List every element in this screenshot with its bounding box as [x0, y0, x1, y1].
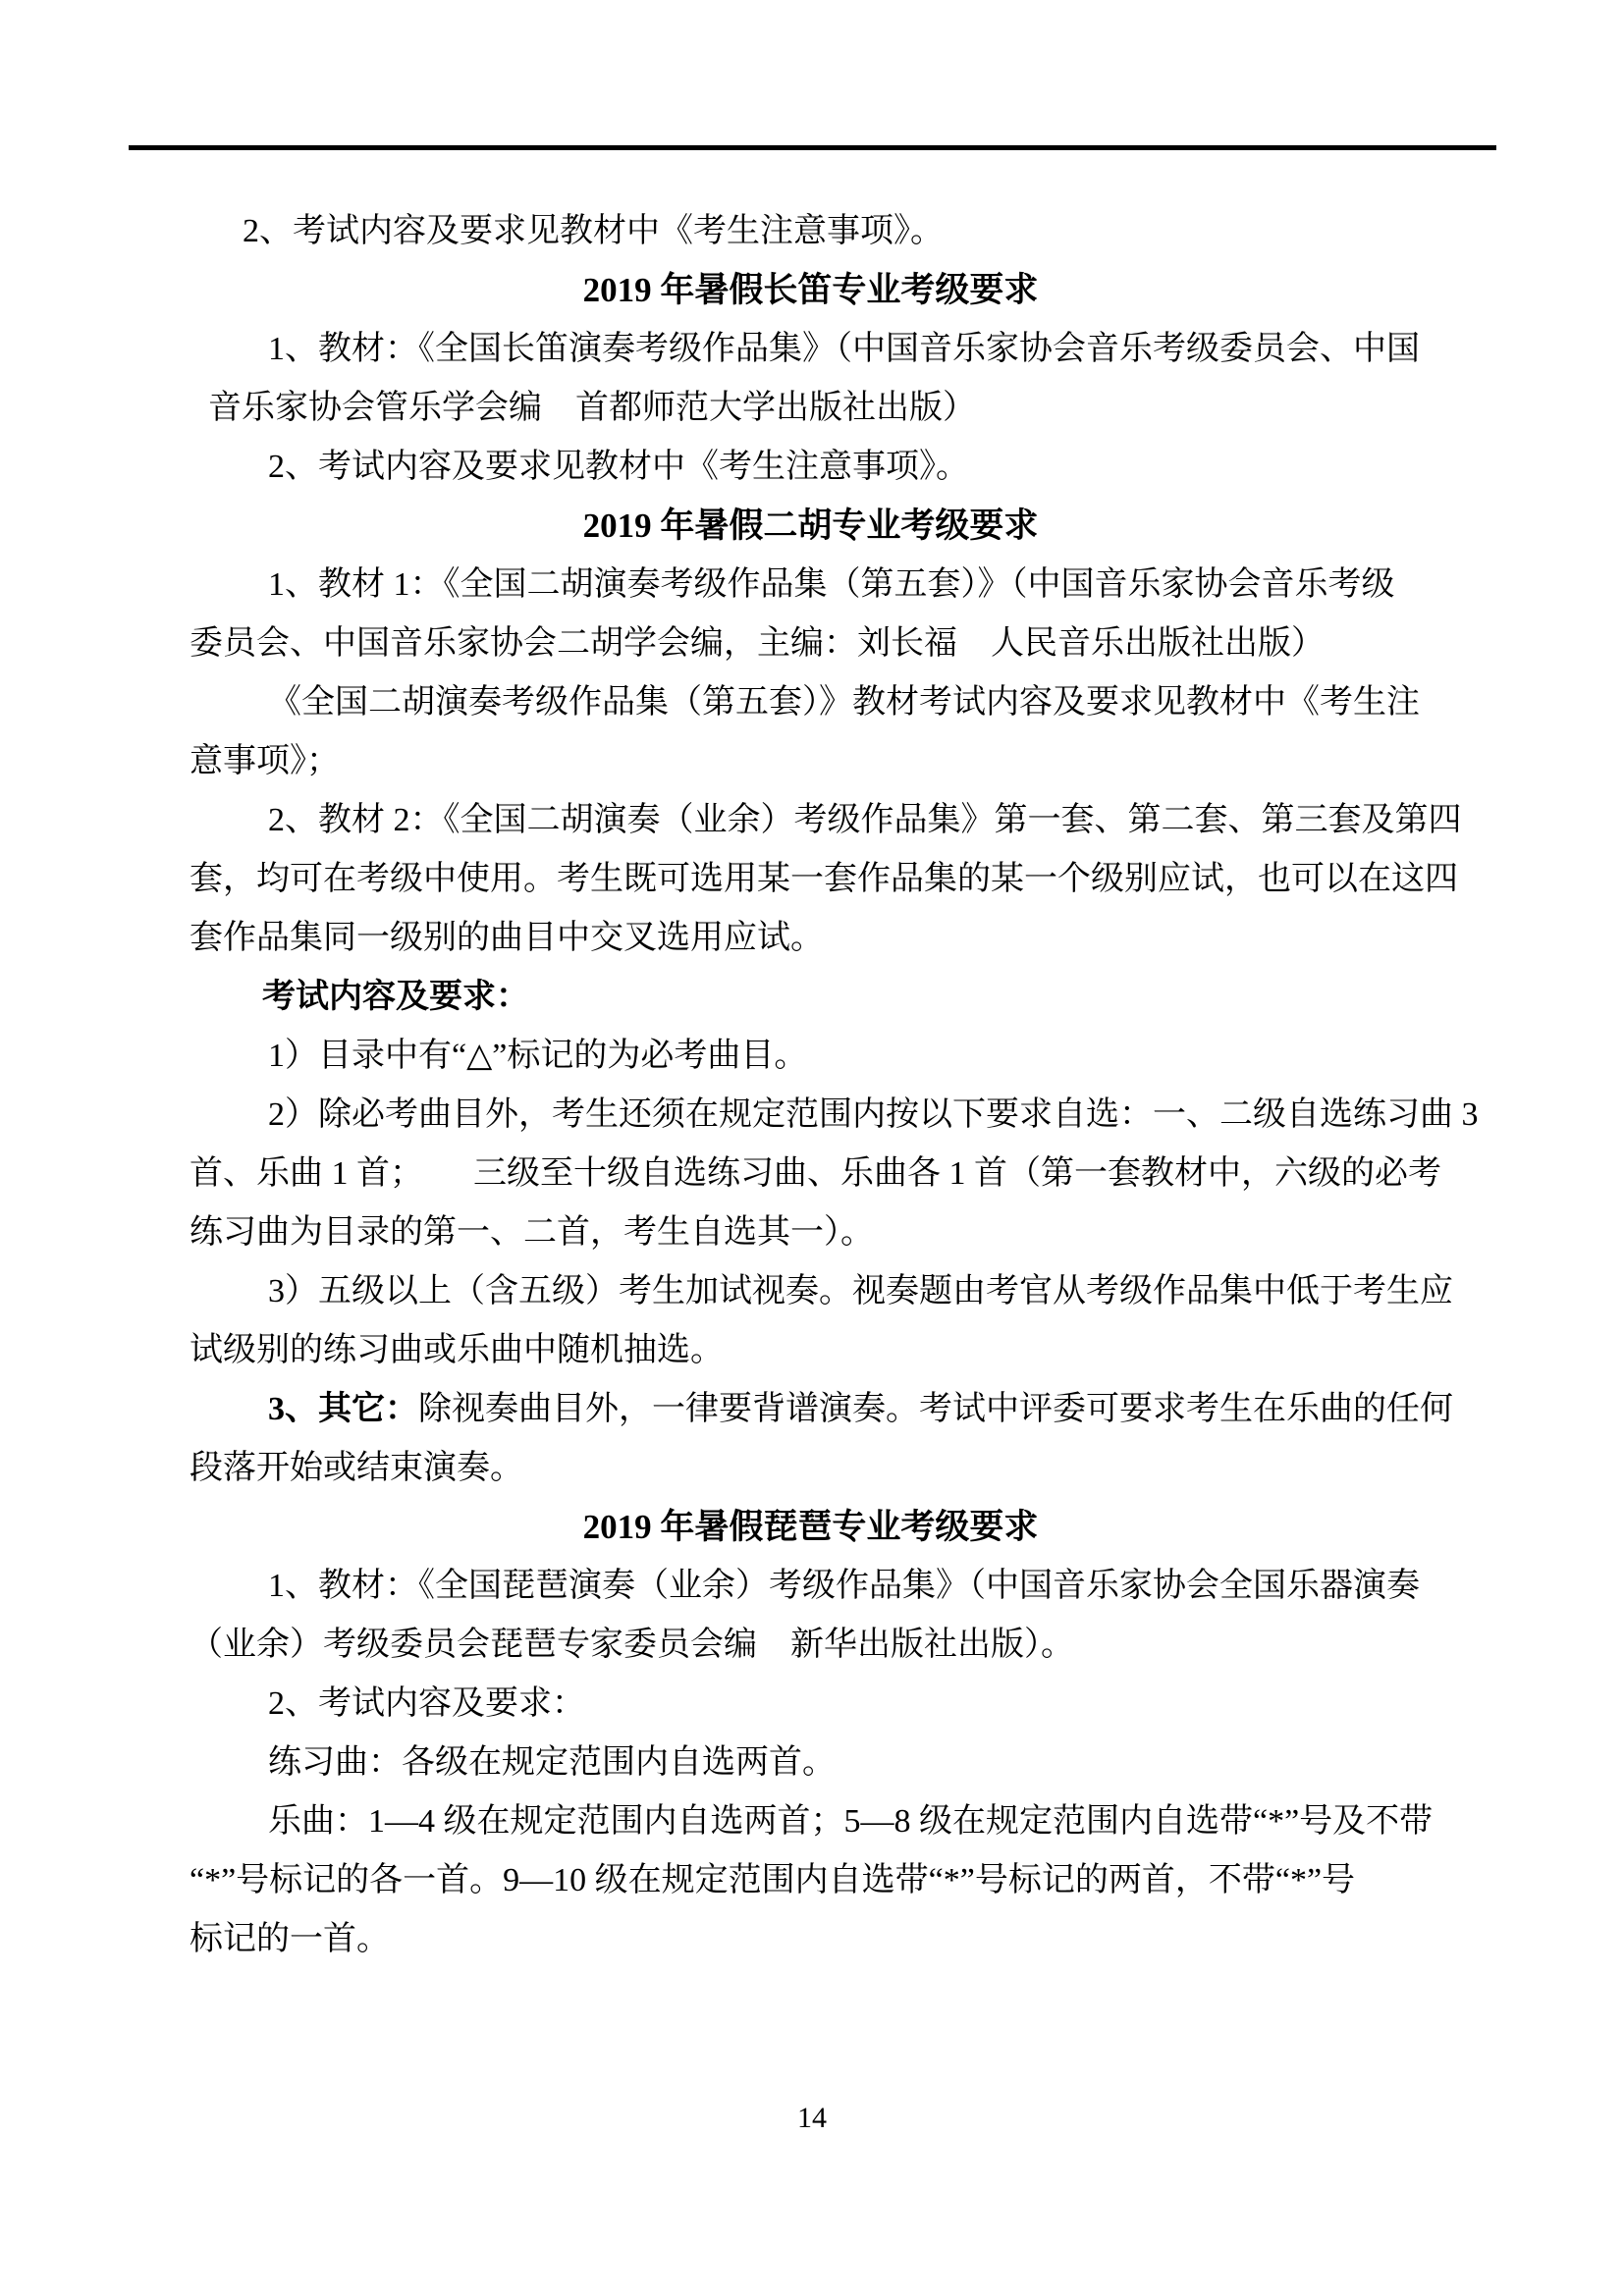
section-heading: 2019 年暑假长笛专业考级要求: [189, 261, 1432, 320]
text-line: 2、考试内容及要求：: [189, 1675, 1432, 1734]
section-heading: 2019 年暑假琵琶专业考级要求: [189, 1498, 1432, 1557]
header-rule: [129, 145, 1496, 150]
text-line: 练习曲：各级在规定范围内自选两首。: [189, 1734, 1432, 1792]
text-line: （业余）考级委员会琵琶专家委员会编 新华出版社出版）。: [189, 1616, 1432, 1675]
text-line: 3、其它：除视奏曲目外，一律要背谱演奏。考试中评委可要求考生在乐曲的任何: [189, 1380, 1432, 1439]
text-line: 首、乐曲 1 首； 三级至十级自选练习曲、乐曲各 1 首（第一套教材中，六级的必…: [189, 1145, 1432, 1203]
text-line: 1、教材：《全国长笛演奏考级作品集》（中国音乐家协会音乐考级委员会、中国: [189, 320, 1432, 379]
text-line: 《全国二胡演奏考级作品集（第五套）》教材考试内容及要求见教材中《考生注: [189, 673, 1432, 732]
text-line: 2、教材 2：《全国二胡演奏（业余）考级作品集》第一套、第二套、第三套及第四: [189, 791, 1432, 850]
bold-lead: 3、其它：: [268, 1391, 418, 1427]
text-line: 1）目录中有“△”标记的为必考曲目。: [189, 1027, 1432, 1086]
text-line: 乐曲：1—4 级在规定范围内自选两首；5—8 级在规定范围内自选带“*”号及不带: [189, 1792, 1432, 1851]
text-line: 段落开始或结束演奏。: [189, 1439, 1432, 1498]
text-line: 2、考试内容及要求见教材中《考生注意事项》。: [189, 438, 1432, 497]
text-line: 1、教材 1：《全国二胡演奏考级作品集（第五套）》（中国音乐家协会音乐考级: [189, 556, 1432, 614]
text-line: 3）五级以上（含五级）考生加试视奏。视奏题由考官从考级作品集中低于考生应: [189, 1262, 1432, 1321]
text-line: 1、教材：《全国琵琶演奏（业余）考级作品集》（中国音乐家协会全国乐器演奏: [189, 1557, 1432, 1616]
text-line: 套作品集同一级别的曲目中交叉选用应试。: [189, 909, 1432, 968]
text-line: 标记的一首。: [189, 1910, 1432, 1969]
document-content: 2、考试内容及要求见教材中《考生注意事项》。2019 年暑假长笛专业考级要求1、…: [189, 202, 1432, 1969]
section-heading: 2019 年暑假二胡专业考级要求: [189, 497, 1432, 556]
text-line: 考试内容及要求：: [189, 968, 1432, 1027]
page-number: 14: [797, 2102, 827, 2134]
text-line: 意事项》；: [189, 732, 1432, 791]
text-line: “*”号标记的各一首。9—10 级在规定范围内自选带“*”号标记的两首，不带“*…: [189, 1851, 1432, 1910]
text-line: 试级别的练习曲或乐曲中随机抽选。: [189, 1321, 1432, 1380]
document-page: 2、考试内容及要求见教材中《考生注意事项》。2019 年暑假长笛专业考级要求1、…: [0, 0, 1624, 2296]
text-line: 练习曲为目录的第一、二首，考生自选其一）。: [189, 1203, 1432, 1262]
page-footer: 14: [0, 2099, 1624, 2138]
text-line: 套，均可在考级中使用。考生既可选用某一套作品集的某一个级别应试，也可以在这四: [189, 850, 1432, 909]
text-line: 2、考试内容及要求见教材中《考生注意事项》。: [189, 202, 1432, 261]
text-line: 2）除必考曲目外，考生还须在规定范围内按以下要求自选：一、二级自选练习曲 3: [189, 1086, 1432, 1145]
text-line: 音乐家协会管乐学会编 首都师范大学出版社出版）: [189, 379, 1432, 438]
text-line: 委员会、中国音乐家协会二胡学会编，主编：刘长福 人民音乐出版社出版）: [189, 614, 1432, 673]
